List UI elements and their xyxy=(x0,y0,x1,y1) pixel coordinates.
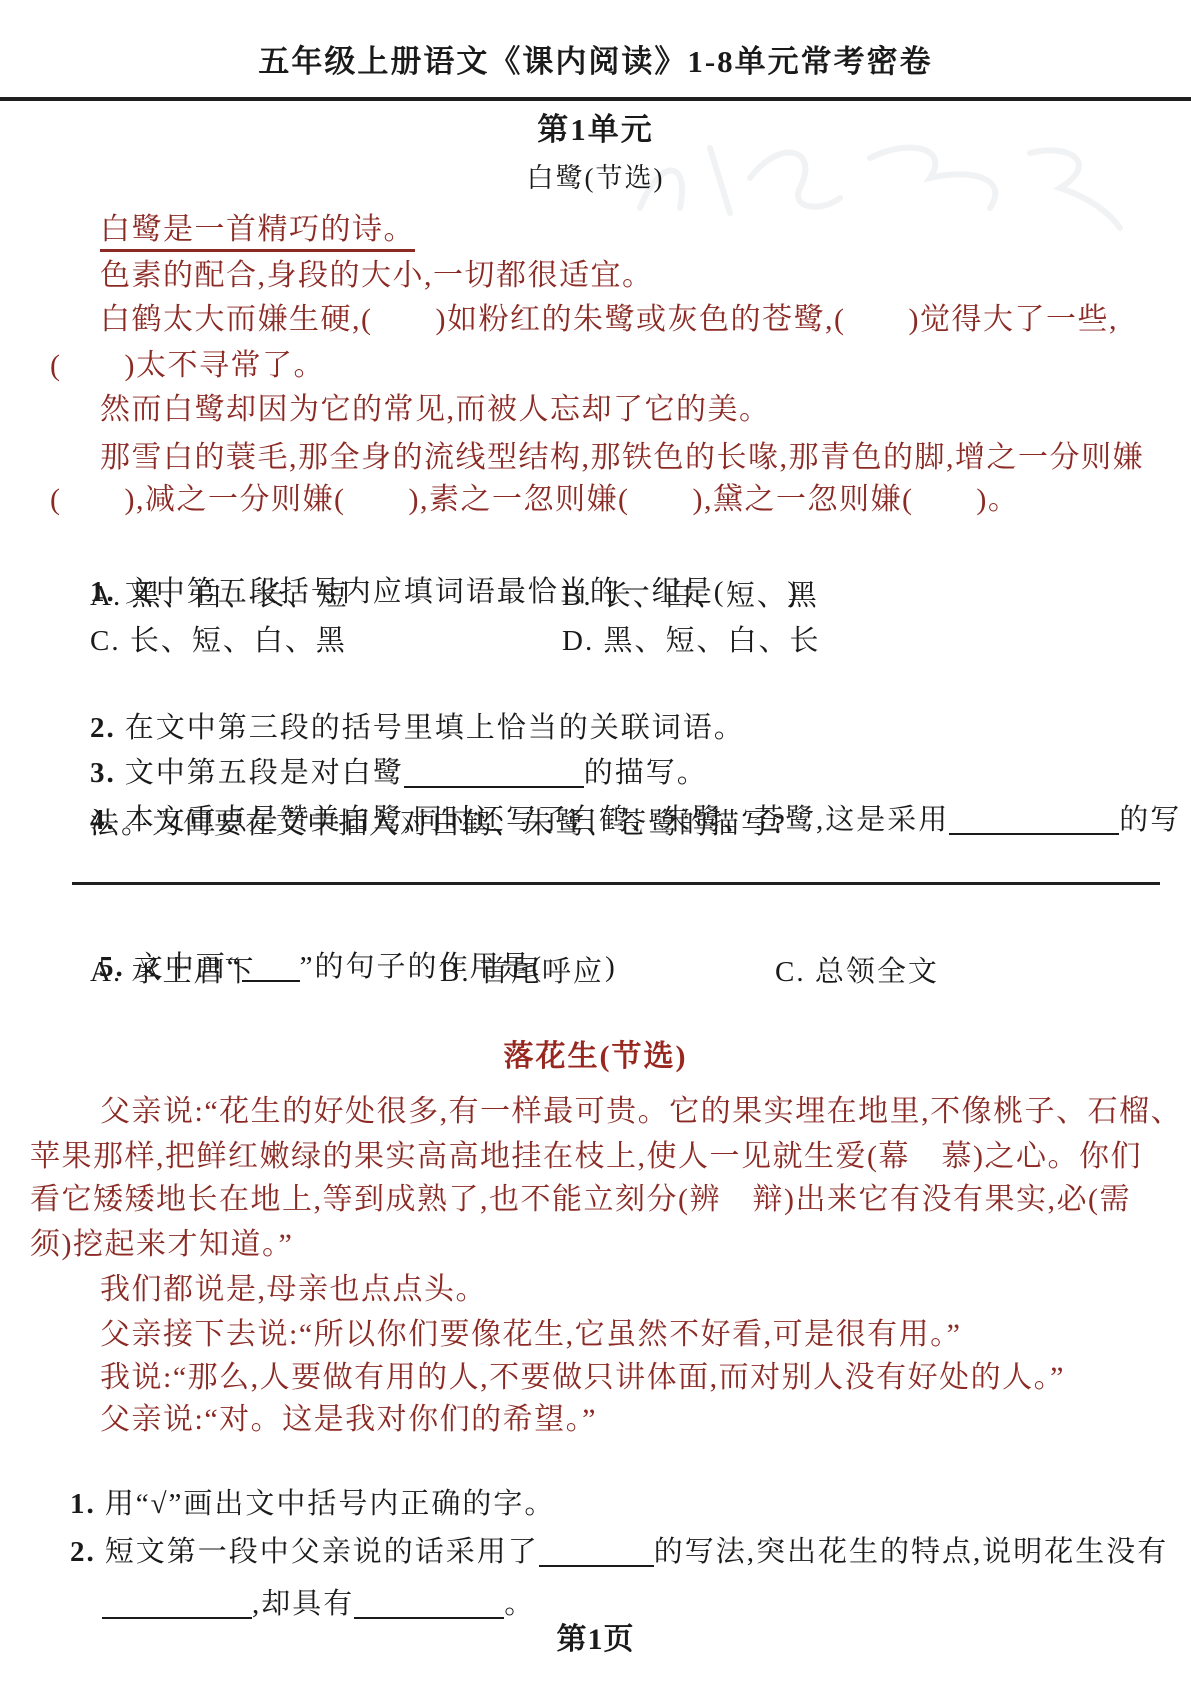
option-a: A. 黑、白、长、短 xyxy=(90,575,348,617)
passage1-line: 白鹭是一首精巧的诗。 xyxy=(100,209,415,251)
passage2-line: 父亲说:“花生的好处很多,有一样最可贵。它的果实埋在地里,不像桃子、石榴、 xyxy=(100,1091,1182,1133)
unit-title: 第1单元 xyxy=(0,109,1191,151)
passage2-line: 父亲接下去说:“所以你们要像花生,它虽然不好看,可是很有用。” xyxy=(100,1314,961,1356)
option-b: B. 长、白、短、黑 xyxy=(562,575,819,617)
passage2-line: 苹果那样,把鲜红嫩绿的果实高高地挂在枝上,使人一见就生爱(幕 慕)之心。你们 xyxy=(30,1136,1142,1178)
underlined-sentence: 白鹭是一首精巧的诗。 xyxy=(100,213,415,252)
page-title: 五年级上册语文《课内阅读》1-8单元常考密卷 xyxy=(0,41,1191,83)
passage2-line: 我说:“那么,人要做有用的人,不要做只讲体面,而对别人没有好处的人。” xyxy=(100,1357,1065,1399)
passage1-line: ( ),减之一分则嫌( ),素之一忽则嫌( ),黛之一忽则嫌( )。 xyxy=(50,479,1019,521)
question-text: ,却具有 xyxy=(252,1588,354,1620)
option-d: D. 黑、短、白、长 xyxy=(562,620,820,662)
passage2-line: 须)挖起来才知道。” xyxy=(30,1224,293,1266)
question-text: 的写 xyxy=(1119,804,1181,836)
passage1-line: 白鹤太大而嫌生硬,( )如粉红的朱鹭或灰色的苍鹭,( )觉得大了一些, xyxy=(100,299,1118,341)
header-divider xyxy=(0,97,1191,101)
question-4-line2: 法。为何要在文中插入对白鹤、朱鹭、苍鹭的描写? xyxy=(90,803,787,845)
answer-blank xyxy=(539,1535,654,1567)
passage1-line: 然而白鹭却因为它的常见,而被人忘却了它的美。 xyxy=(100,389,771,431)
option-c: C. 总领全文 xyxy=(775,951,939,993)
answer-blank xyxy=(102,1587,252,1619)
answer-line xyxy=(72,882,1160,885)
passage1-line: 那雪白的蓑毛,那全身的流线型结构,那铁色的长喙,那青色的脚,增之一分则嫌 xyxy=(100,437,1144,479)
passage1-line: 色素的配合,身段的大小,一切都很适宜。 xyxy=(100,255,654,297)
question-text: 的写法,突出花生的特点,说明花生没有 xyxy=(654,1536,1169,1568)
option-b: B. 首尾呼应 xyxy=(440,951,604,993)
page-number: 第1页 xyxy=(0,1619,1191,1661)
passage2-line: 父亲说:“对。这是我对你们的希望。” xyxy=(100,1399,597,1441)
exam-page: 五年级上册语文《课内阅读》1-8单元常考密卷 第1单元 白鹭(节选) 白鹭是一首… xyxy=(0,0,1191,1684)
answer-blank xyxy=(949,803,1119,835)
passage1-line: ( )太不寻常了。 xyxy=(50,345,325,387)
answer-blank xyxy=(354,1587,504,1619)
passage2-title: 落花生(节选) xyxy=(0,1036,1191,1078)
passage2-line: 看它矮矮地长在地上,等到成熟了,也不能立刻分(辨 辩)出来它有没有果实,必(需 xyxy=(30,1179,1131,1221)
passage2-line: 我们都说是,母亲也点点头。 xyxy=(100,1269,487,1311)
option-c: C. 长、短、白、黑 xyxy=(90,620,347,662)
option-a: A. 承上启下 xyxy=(90,951,255,993)
question-text: 。 xyxy=(504,1588,535,1620)
passage1-title: 白鹭(节选) xyxy=(0,157,1191,199)
